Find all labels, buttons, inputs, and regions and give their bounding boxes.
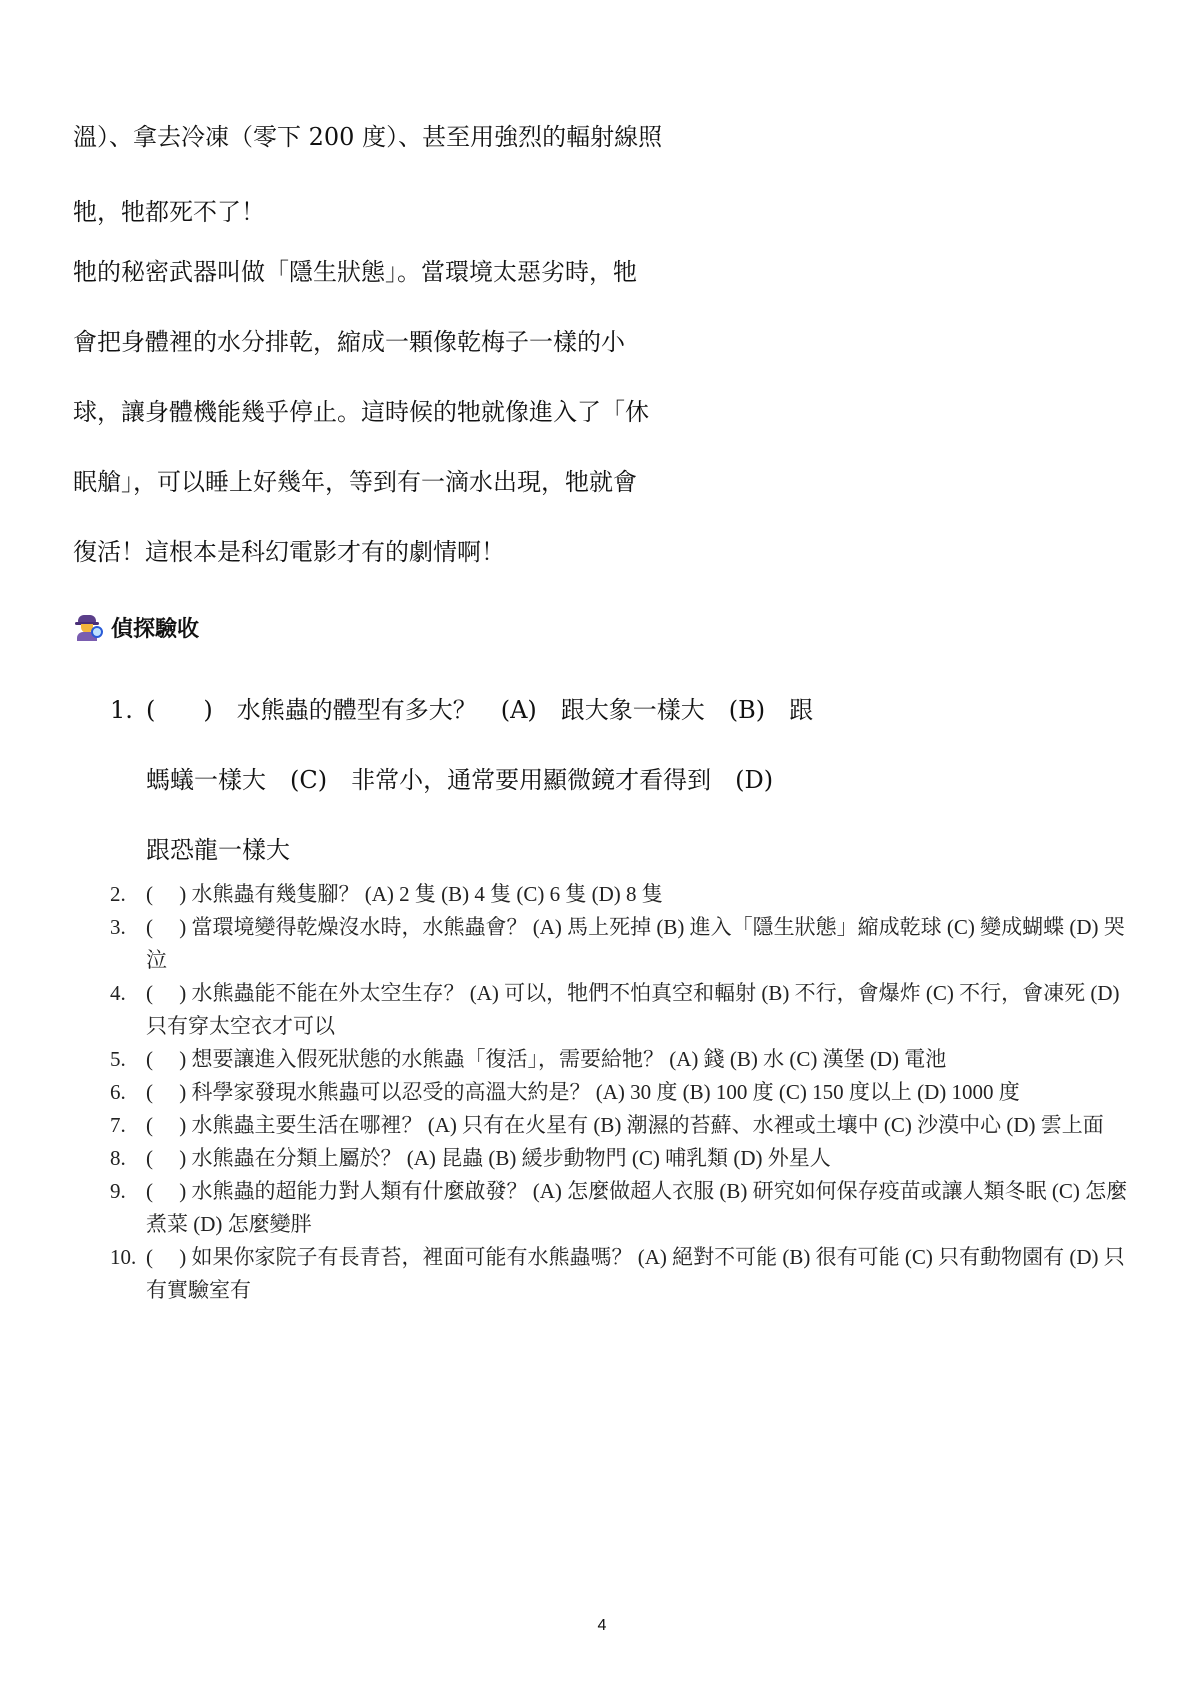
question-text: ( ) 水熊蟲主要生活在哪裡？ (A) 只有在火星有 (B) 潮濕的苔蘚、水裡或… <box>146 1109 1130 1142</box>
question-text: ( ) 水熊蟲在分類上屬於？ (A) 昆蟲 (B) 緩步動物門 (C) 哺乳類 … <box>146 1142 1130 1175</box>
story-line-5: 球，讓身體機能幾乎停止。這時候的牠就像進入了「休 <box>73 397 649 427</box>
question-item: 5. ( ) 想要讓進入假死狀態的水熊蟲「復活」，需要給牠？ (A) 錢 (B)… <box>110 1043 1130 1076</box>
question-number: 5. <box>110 1043 146 1076</box>
question-text: ( ) 水熊蟲有幾隻腳？ (A) 2 隻 (B) 4 隻 (C) 6 隻 (D)… <box>146 878 1130 911</box>
question-text: ( ) 如果你家院子有長青苔，裡面可能有水熊蟲嗎？ (A) 絕對不可能 (B) … <box>146 1241 1130 1307</box>
question-item: 9. ( ) 水熊蟲的超能力對人類有什麼啟發？ (A) 怎麼做超人衣服 (B) … <box>110 1175 1130 1241</box>
question-number: 2. <box>110 878 146 911</box>
question-number: 8. <box>110 1142 146 1175</box>
detective-icon <box>75 615 101 641</box>
story-line-6: 眠艙」，可以睡上好幾年，等到有一滴水出現，牠就會 <box>73 467 637 497</box>
question-item: 6. ( ) 科學家發現水熊蟲可以忍受的高溫大約是？ (A) 30 度 (B) … <box>110 1076 1130 1109</box>
document-page: 溫）、拿去冷凍（零下 200 度）、甚至用強烈的輻射線照 牠，牠都死不了！ 牠的… <box>0 0 1204 1703</box>
story-line-2: 牠，牠都死不了！ <box>73 197 265 227</box>
question-number: 4. <box>110 977 146 1043</box>
question-1-line-2: 螞蟻一樣大 (C) 非常小，通常要用顯微鏡才看得到 (D) <box>146 760 773 795</box>
question-number: 9. <box>110 1175 146 1241</box>
story-line-3: 牠的秘密武器叫做「隱生狀態」。當環境太惡劣時，牠 <box>73 257 637 287</box>
section-title: 偵探驗收 <box>111 612 199 643</box>
question-number: 1. <box>110 696 146 724</box>
question-number: 7. <box>110 1109 146 1142</box>
question-1-line-1: 1.( ) 水熊蟲的體型有多大？ (A) 跟大象一樣大 (B) 跟 <box>110 690 813 725</box>
question-number: 3. <box>110 911 146 977</box>
question-list: 2. ( ) 水熊蟲有幾隻腳？ (A) 2 隻 (B) 4 隻 (C) 6 隻 … <box>110 878 1130 1307</box>
story-line-7: 復活！這根本是科幻電影才有的劇情啊！ <box>73 537 505 567</box>
question-number: 10. <box>110 1241 146 1307</box>
question-1-line-3: 跟恐龍一樣大 <box>146 830 290 865</box>
page-number: 4 <box>0 1617 1204 1635</box>
question-item: 7. ( ) 水熊蟲主要生活在哪裡？ (A) 只有在火星有 (B) 潮濕的苔蘚、… <box>110 1109 1130 1142</box>
question-text: ( ) 水熊蟲的超能力對人類有什麼啟發？ (A) 怎麼做超人衣服 (B) 研究如… <box>146 1175 1130 1241</box>
section-heading: 偵探驗收 <box>75 612 199 643</box>
question-text: ( ) 想要讓進入假死狀態的水熊蟲「復活」，需要給牠？ (A) 錢 (B) 水 … <box>146 1043 1130 1076</box>
question-item: 3. ( ) 當環境變得乾燥沒水時，水熊蟲會？ (A) 馬上死掉 (B) 進入「… <box>110 911 1130 977</box>
question-item: 10. ( ) 如果你家院子有長青苔，裡面可能有水熊蟲嗎？ (A) 絕對不可能 … <box>110 1241 1130 1307</box>
question-item: 4. ( ) 水熊蟲能不能在外太空生存？ (A) 可以，牠們不怕真空和輻射 (B… <box>110 977 1130 1043</box>
question-text: ( ) 當環境變得乾燥沒水時，水熊蟲會？ (A) 馬上死掉 (B) 進入「隱生狀… <box>146 911 1130 977</box>
question-number: 6. <box>110 1076 146 1109</box>
question-item: 2. ( ) 水熊蟲有幾隻腳？ (A) 2 隻 (B) 4 隻 (C) 6 隻 … <box>110 878 1130 911</box>
story-line-4: 會把身體裡的水分排乾，縮成一顆像乾梅子一樣的小 <box>73 327 625 357</box>
story-line-1: 溫）、拿去冷凍（零下 200 度）、甚至用強烈的輻射線照 <box>73 122 662 152</box>
question-text: ( ) 水熊蟲的體型有多大？ (A) 跟大象一樣大 (B) 跟 <box>146 696 813 724</box>
question-text: ( ) 科學家發現水熊蟲可以忍受的高溫大約是？ (A) 30 度 (B) 100… <box>146 1076 1130 1109</box>
question-text: ( ) 水熊蟲能不能在外太空生存？ (A) 可以，牠們不怕真空和輻射 (B) 不… <box>146 977 1130 1043</box>
question-item: 8. ( ) 水熊蟲在分類上屬於？ (A) 昆蟲 (B) 緩步動物門 (C) 哺… <box>110 1142 1130 1175</box>
